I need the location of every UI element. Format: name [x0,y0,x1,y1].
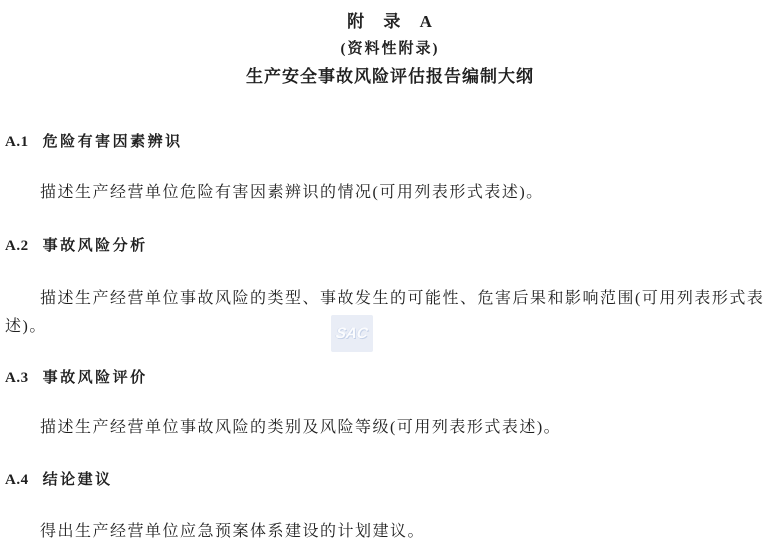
section-a4-body-line-1: 得出生产经营单位应急预案体系建设的计划建议。 [5,518,775,546]
section-a4-title: 结论建议 [43,472,113,488]
section-a2-body-line-1: 描述生产经营单位事故风险的类型、事故发生的可能性、危害后果和影响范围(可用列表形… [5,285,775,313]
section-a4-paragraph: 得出生产经营单位应急预案体系建设的计划建议。 [5,518,775,546]
section-a3-title: 事故风险评价 [43,370,148,386]
section-a1-heading: A.1危险有害因素辨识 [5,132,775,153]
section-a2-number: A.2 [5,238,29,254]
section-a3-number: A.3 [5,370,29,386]
document-body: 附 录 A (资料性附录) 生产安全事故风险评估报告编制大纲 A.1危险有害因素… [0,0,780,546]
section-a4-number: A.4 [5,472,29,488]
appendix-label: 附 录 A [5,11,775,32]
section-a1-title: 危险有害因素辨识 [43,134,183,150]
section-a2-body-line-2: 述)。 [5,313,775,341]
section-a2-paragraph: 描述生产经营单位事故风险的类型、事故发生的可能性、危害后果和影响范围(可用列表形… [5,285,775,341]
document-title: 生产安全事故风险评估报告编制大纲 [5,66,775,88]
section-a3-body-line-1: 描述生产经营单位事故风险的类别及风险等级(可用列表形式表述)。 [5,414,775,442]
section-a2-heading: A.2事故风险分析 [5,236,775,257]
section-a4-heading: A.4结论建议 [5,470,775,491]
section-a1-paragraph: 描述生产经营单位危险有害因素辨识的情况(可用列表形式表述)。 [5,179,775,207]
section-a2-title: 事故风险分析 [43,238,148,254]
appendix-type-label: (资料性附录) [5,39,775,60]
section-a3-heading: A.3事故风险评价 [5,368,775,389]
section-a3-paragraph: 描述生产经营单位事故风险的类别及风险等级(可用列表形式表述)。 [5,414,775,442]
section-a1-number: A.1 [5,134,29,150]
document-page: { "page": { "background": "#ffffff", "te… [0,0,780,549]
section-a1-body-line-1: 描述生产经营单位危险有害因素辨识的情况(可用列表形式表述)。 [5,179,775,207]
